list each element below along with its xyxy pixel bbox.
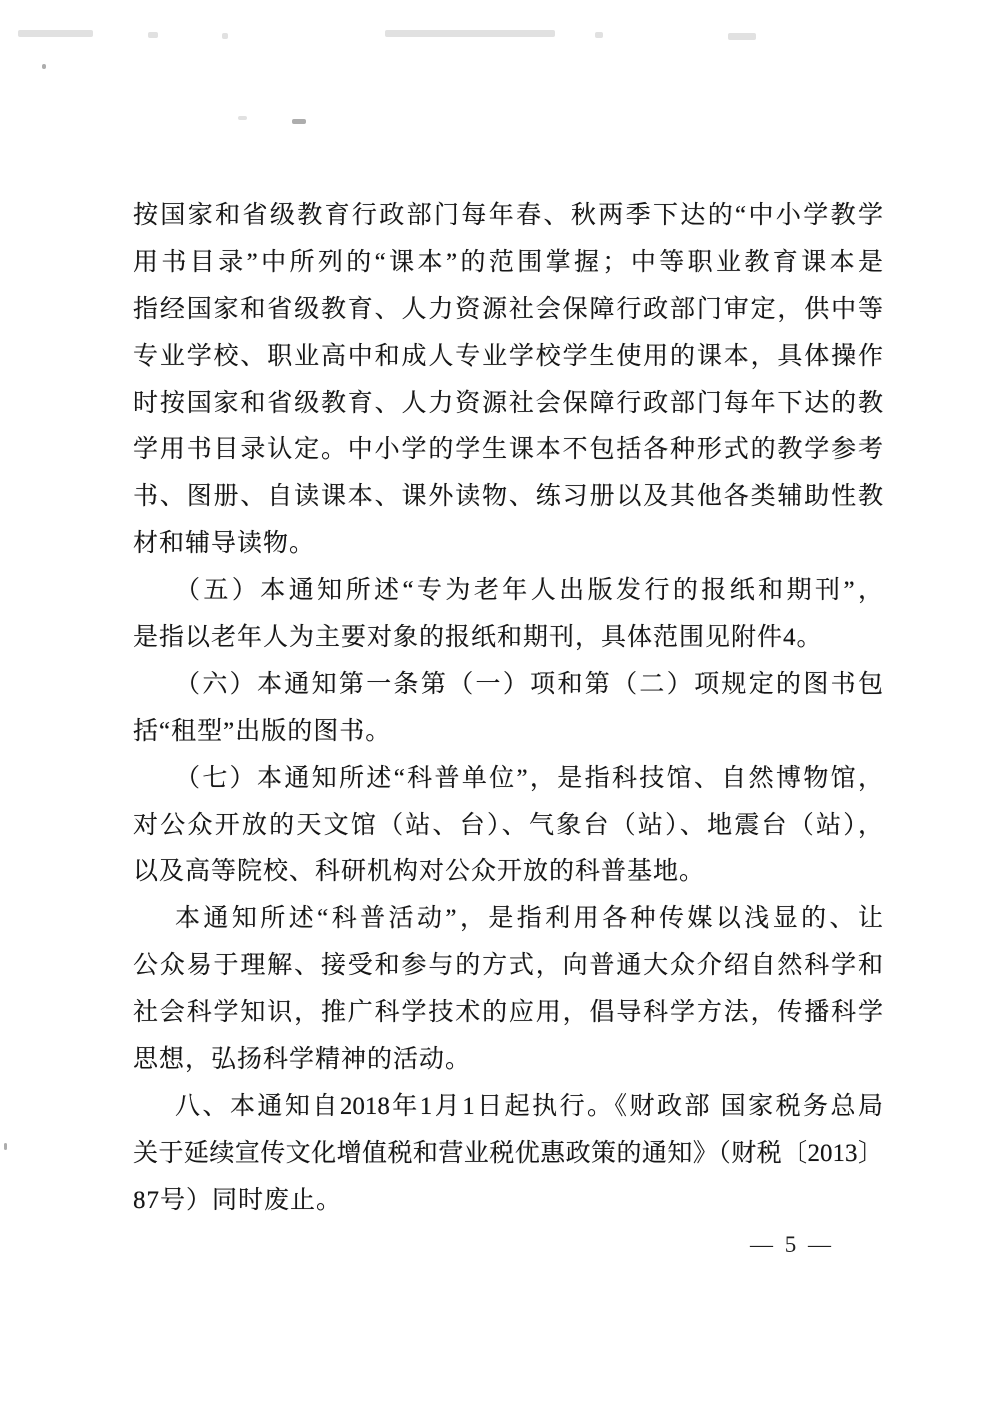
text-line: 对公众开放的天文馆（站、台）、气象台（站）、地震台（站）， — [133, 803, 883, 850]
scan-artifact — [595, 32, 603, 38]
text-line: 关于延续宣传文化增值税和营业税优惠政策的通知》（财税〔2013〕 — [133, 1131, 883, 1178]
text-line: 专业学校、职业高中和成人专业学校学生使用的课本，具体操作 — [133, 334, 883, 381]
text-line: （七）本通知所述“科普单位”，是指科技馆、自然博物馆， — [133, 756, 883, 803]
text-line: 八、本通知自2018年1月1日起执行。《财政部 国家税务总局 — [133, 1084, 883, 1131]
text-line: （六）本通知第一条第（一）项和第（二）项规定的图书包 — [133, 662, 883, 709]
text-line: 括“租型”出版的图书。 — [133, 709, 883, 756]
text-line: 时按国家和省级教育、人力资源社会保障行政部门每年下达的教 — [133, 381, 883, 428]
text-line: 公众易于理解、接受和参与的方式，向普通大众介绍自然科学和 — [133, 943, 883, 990]
text-line: 是指以老年人为主要对象的报纸和期刊，具体范围见附件4。 — [133, 615, 883, 662]
text-line: （五）本通知所述“专为老年人出版发行的报纸和期刊”， — [133, 568, 883, 615]
text-line: 按国家和省级教育行政部门每年春、秋两季下达的“中小学教学 — [133, 193, 883, 240]
scan-artifact — [292, 119, 306, 124]
scan-artifact — [238, 116, 247, 120]
scan-artifact — [222, 33, 228, 39]
text-line: 87号）同时废止。 — [133, 1178, 883, 1225]
text-line: 思想，弘扬科学精神的活动。 — [133, 1037, 883, 1084]
scan-artifact — [148, 32, 158, 38]
scan-artifact — [4, 1143, 7, 1150]
scan-artifact — [42, 64, 46, 69]
scan-artifact — [728, 33, 756, 40]
text-line: 指经国家和省级教育、人力资源社会保障行政部门审定，供中等 — [133, 287, 883, 334]
scan-artifact — [18, 30, 93, 37]
scan-artifact — [385, 30, 555, 37]
text-line: 材和辅导读物。 — [133, 521, 883, 568]
text-line: 社会科学知识，推广科学技术的应用，倡导科学方法，传播科学 — [133, 990, 883, 1037]
page-number: — 5 — — [750, 1232, 834, 1258]
document-body: 按国家和省级教育行政部门每年春、秋两季下达的“中小学教学用书目录”中所列的“课本… — [133, 193, 883, 1225]
text-line: 书、图册、自读课本、课外读物、练习册以及其他各类辅助性教 — [133, 474, 883, 521]
text-line: 用书目录”中所列的“课本”的范围掌握；中等职业教育课本是 — [133, 240, 883, 287]
text-line: 本通知所述“科普活动”，是指利用各种传媒以浅显的、让 — [133, 896, 883, 943]
text-line: 学用书目录认定。中小学的学生课本不包括各种形式的教学参考 — [133, 427, 883, 474]
text-line: 以及高等院校、科研机构对公众开放的科普基地。 — [133, 849, 883, 896]
scanned-document-page: 按国家和省级教育行政部门每年春、秋两季下达的“中小学教学用书目录”中所列的“课本… — [0, 0, 1000, 1414]
